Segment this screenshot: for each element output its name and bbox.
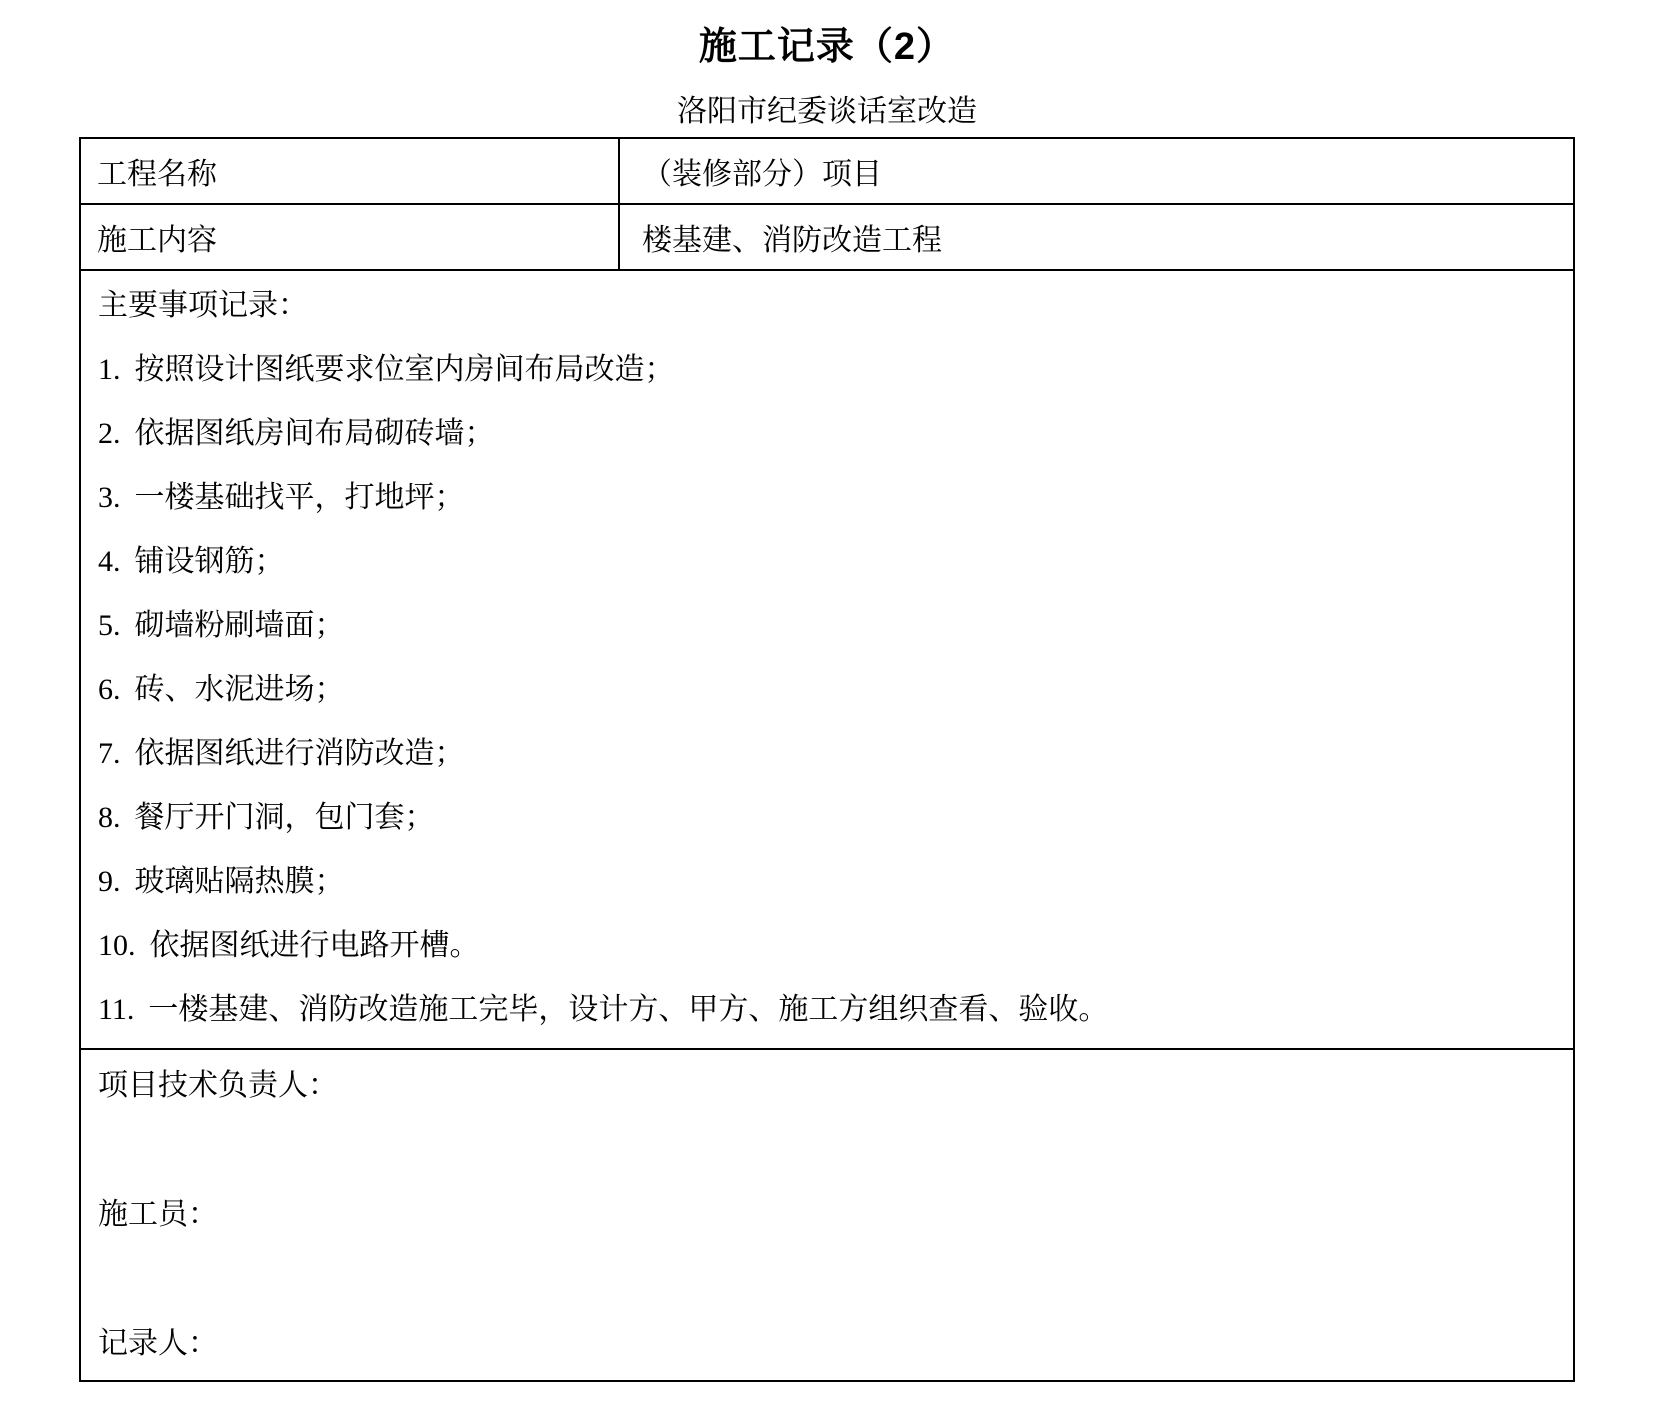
item-number: 10.	[98, 914, 136, 978]
item-number: 2.	[98, 402, 121, 466]
item-number: 7.	[98, 722, 121, 786]
item-text: 砌墙粉刷墙面；	[135, 609, 345, 642]
item-text: 依据图纸进行消防改造；	[135, 737, 465, 770]
item-text: 依据图纸房间布局砌砖墙；	[135, 417, 495, 450]
project-name-label: 工程名称	[81, 139, 620, 203]
record-item-4: 4.铺设钢筋；	[98, 530, 1553, 594]
construction-content-row: 施工内容 楼基建、消防改造工程	[81, 205, 1573, 271]
record-item-8: 8.餐厅开门洞，包门套；	[98, 786, 1553, 850]
project-name-value: （装修部分）项目	[620, 139, 1573, 203]
item-text: 餐厅开门洞，包门套；	[135, 801, 435, 834]
construction-content-label: 施工内容	[81, 205, 620, 269]
item-text: 一楼基建、消防改造施工完毕，设计方、甲方、施工方组织查看、验收。	[148, 993, 1108, 1026]
item-text: 玻璃贴隔热膜；	[135, 865, 345, 898]
signature-cell: 项目技术负责人： 施工员： 记录人：	[81, 1054, 1573, 1380]
item-number: 4.	[98, 530, 121, 594]
record-item-9: 9.玻璃贴隔热膜；	[98, 850, 1553, 914]
item-number: 5.	[98, 594, 121, 658]
record-item-7: 7.依据图纸进行消防改造；	[98, 722, 1553, 786]
record-item-2: 2.依据图纸房间布局砌砖墙；	[98, 402, 1553, 466]
signature-line-recorder: 记录人：	[98, 1312, 1573, 1376]
document-title: 施工记录（2）	[0, 0, 1654, 70]
item-number: 11.	[98, 978, 134, 1042]
construction-record-table: 工程名称 （装修部分）项目 施工内容 楼基建、消防改造工程 主要事项记录： 1.…	[79, 137, 1575, 1382]
record-item-1: 1.按照设计图纸要求位室内房间布局改造；	[98, 338, 1553, 402]
signature-line-technical-lead: 项目技术负责人：	[98, 1054, 1573, 1118]
item-number: 3.	[98, 466, 121, 530]
main-record-cell: 主要事项记录： 1.按照设计图纸要求位室内房间布局改造； 2.依据图纸房间布局砌…	[81, 271, 1573, 1050]
record-item-11: 11.一楼基建、消防改造施工完毕，设计方、甲方、施工方组织查看、验收。	[98, 978, 1553, 1042]
item-number: 8.	[98, 786, 121, 850]
document-subtitle: 洛阳市纪委谈话室改造	[0, 70, 1654, 130]
item-text: 一楼基础找平，打地坪；	[135, 481, 465, 514]
item-text: 依据图纸进行电路开槽。	[150, 929, 480, 962]
item-text: 按照设计图纸要求位室内房间布局改造；	[135, 353, 675, 386]
record-item-5: 5.砌墙粉刷墙面；	[98, 594, 1553, 658]
item-text: 砖、水泥进场；	[135, 673, 345, 706]
record-heading: 主要事项记录：	[98, 274, 1553, 338]
item-number: 1.	[98, 338, 121, 402]
construction-content-value: 楼基建、消防改造工程	[620, 205, 1573, 269]
document-page: 施工记录（2） 洛阳市纪委谈话室改造 工程名称 （装修部分）项目 施工内容 楼基…	[0, 0, 1654, 1403]
record-item-10: 10.依据图纸进行电路开槽。	[98, 914, 1553, 978]
project-name-row: 工程名称 （装修部分）项目	[81, 139, 1573, 205]
signature-line-constructor: 施工员：	[98, 1183, 1573, 1247]
item-text: 铺设钢筋；	[135, 545, 285, 578]
record-item-3: 3.一楼基础找平，打地坪；	[98, 466, 1553, 530]
item-number: 6.	[98, 658, 121, 722]
record-item-6: 6.砖、水泥进场；	[98, 658, 1553, 722]
item-number: 9.	[98, 850, 121, 914]
